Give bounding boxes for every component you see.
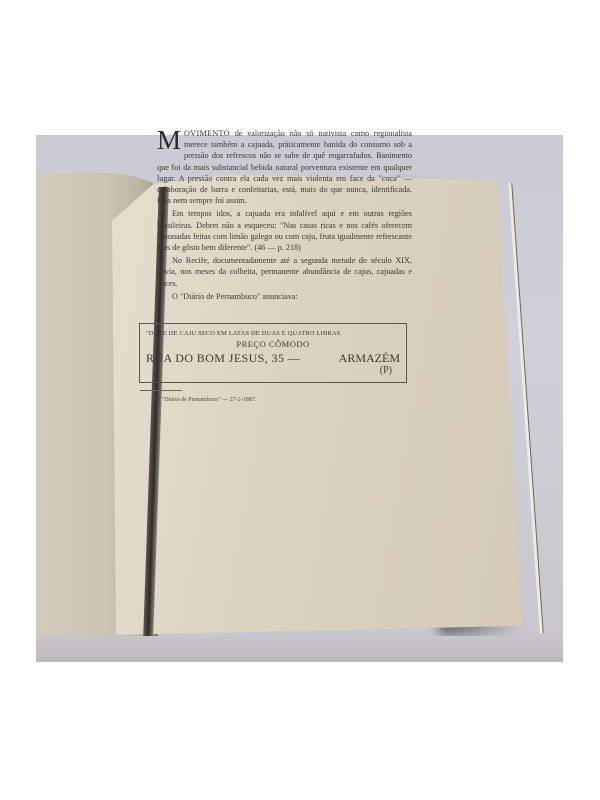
- ad-line-3-right: ARMAZÉM: [339, 351, 400, 366]
- paragraph-1-text: de valorização não só nativista como reg…: [157, 129, 412, 205]
- ad-line-4: (P): [380, 365, 392, 376]
- ad-line-3-left: RUA DO BOM JESUS, 35 —: [146, 351, 300, 366]
- paragraph-2: Em tempos idos, a cajuada era infalível …: [157, 208, 412, 253]
- footnote: (P) "Diário de Pernambuco" — 27-2-1887.: [153, 397, 256, 403]
- ad-line-2: PREÇO CÔMODO: [140, 339, 406, 349]
- drop-cap: M: [157, 129, 181, 151]
- page-text: MOVIMENTO de valorização não só nativist…: [157, 128, 412, 302]
- table-surface: [36, 636, 563, 662]
- advertisement-box: "DOCE DE CAJU SECO EM LATAS DE DUAS E QU…: [139, 323, 407, 383]
- ad-line-1: "DOCE DE CAJU SECO EM LATAS DE DUAS E QU…: [146, 330, 340, 337]
- footnote-rule: [140, 390, 182, 391]
- paragraph-4: O "Diário de Pernambuco" anunciava:: [157, 291, 412, 302]
- lead-word: OVIMENTO: [184, 129, 230, 138]
- paragraph-3: No Recife, documentadamente até a segund…: [157, 255, 412, 289]
- paragraph-1: MOVIMENTO de valorização não só nativist…: [157, 128, 412, 206]
